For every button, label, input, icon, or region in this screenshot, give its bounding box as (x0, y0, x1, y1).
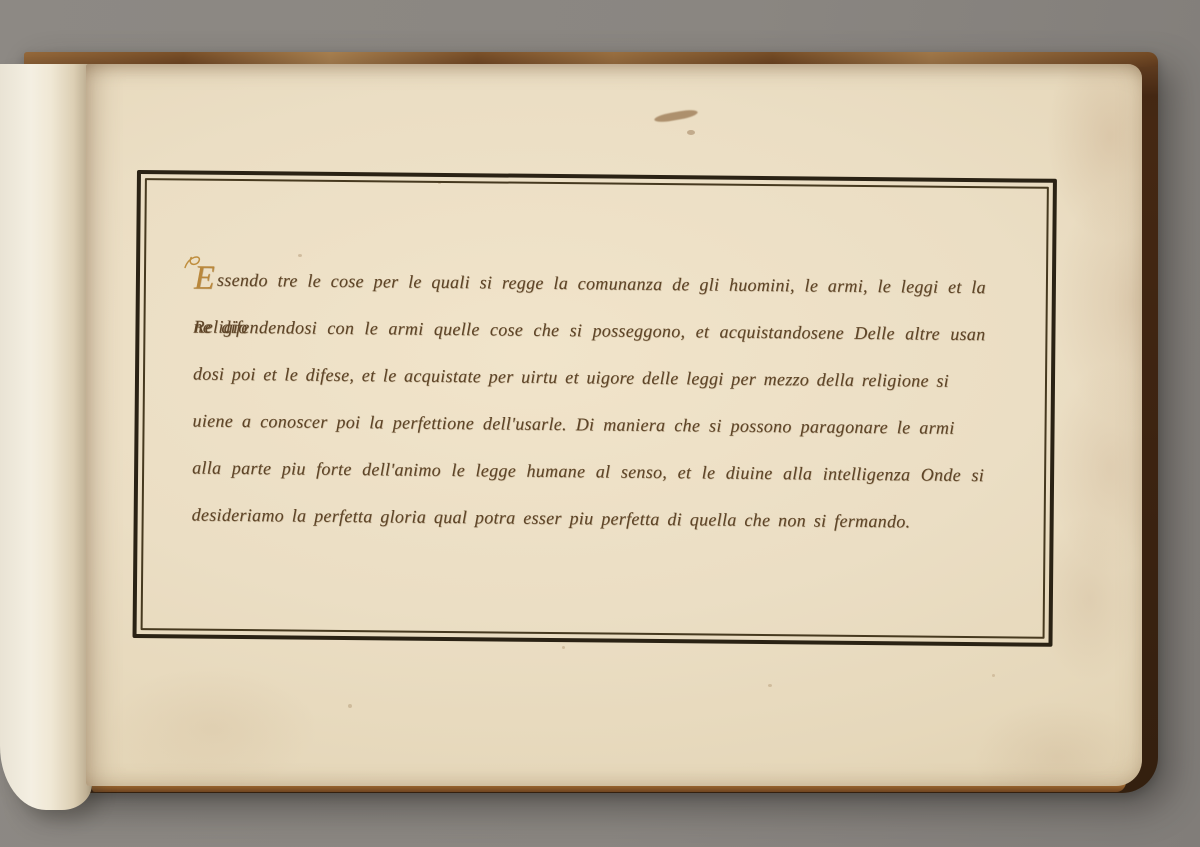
text-line: dosi poi et le difese, et le acquistate … (193, 351, 985, 406)
foxing-speck (768, 684, 772, 687)
turned-page-edge (0, 64, 92, 810)
text-line: uiene a conoscer poi la perfettione dell… (192, 398, 984, 453)
photo-background: Essendo tre le cose per le quali si regg… (0, 0, 1200, 847)
foxing-speck (992, 674, 995, 677)
ink-stain (654, 108, 699, 124)
initial-flourish (182, 252, 206, 272)
text-line: ne difendendosi con le armi quelle cose … (193, 304, 985, 359)
calligraphy-text: Essendo tre le cose per le quali si regg… (191, 257, 986, 547)
foxing-speck (562, 646, 565, 649)
ink-spot (687, 130, 695, 135)
text-line: alla parte piu forte dell'animo le legge… (192, 445, 984, 500)
text-line: desideriamo la perfetta gloria qual potr… (191, 492, 983, 547)
ruled-border: Essendo tre le cose per le quali si regg… (133, 170, 1057, 647)
text-line: Essendo tre le cose per le quali si regg… (194, 257, 986, 312)
illuminated-initial: E (194, 269, 215, 289)
foxing-speck (348, 704, 352, 708)
